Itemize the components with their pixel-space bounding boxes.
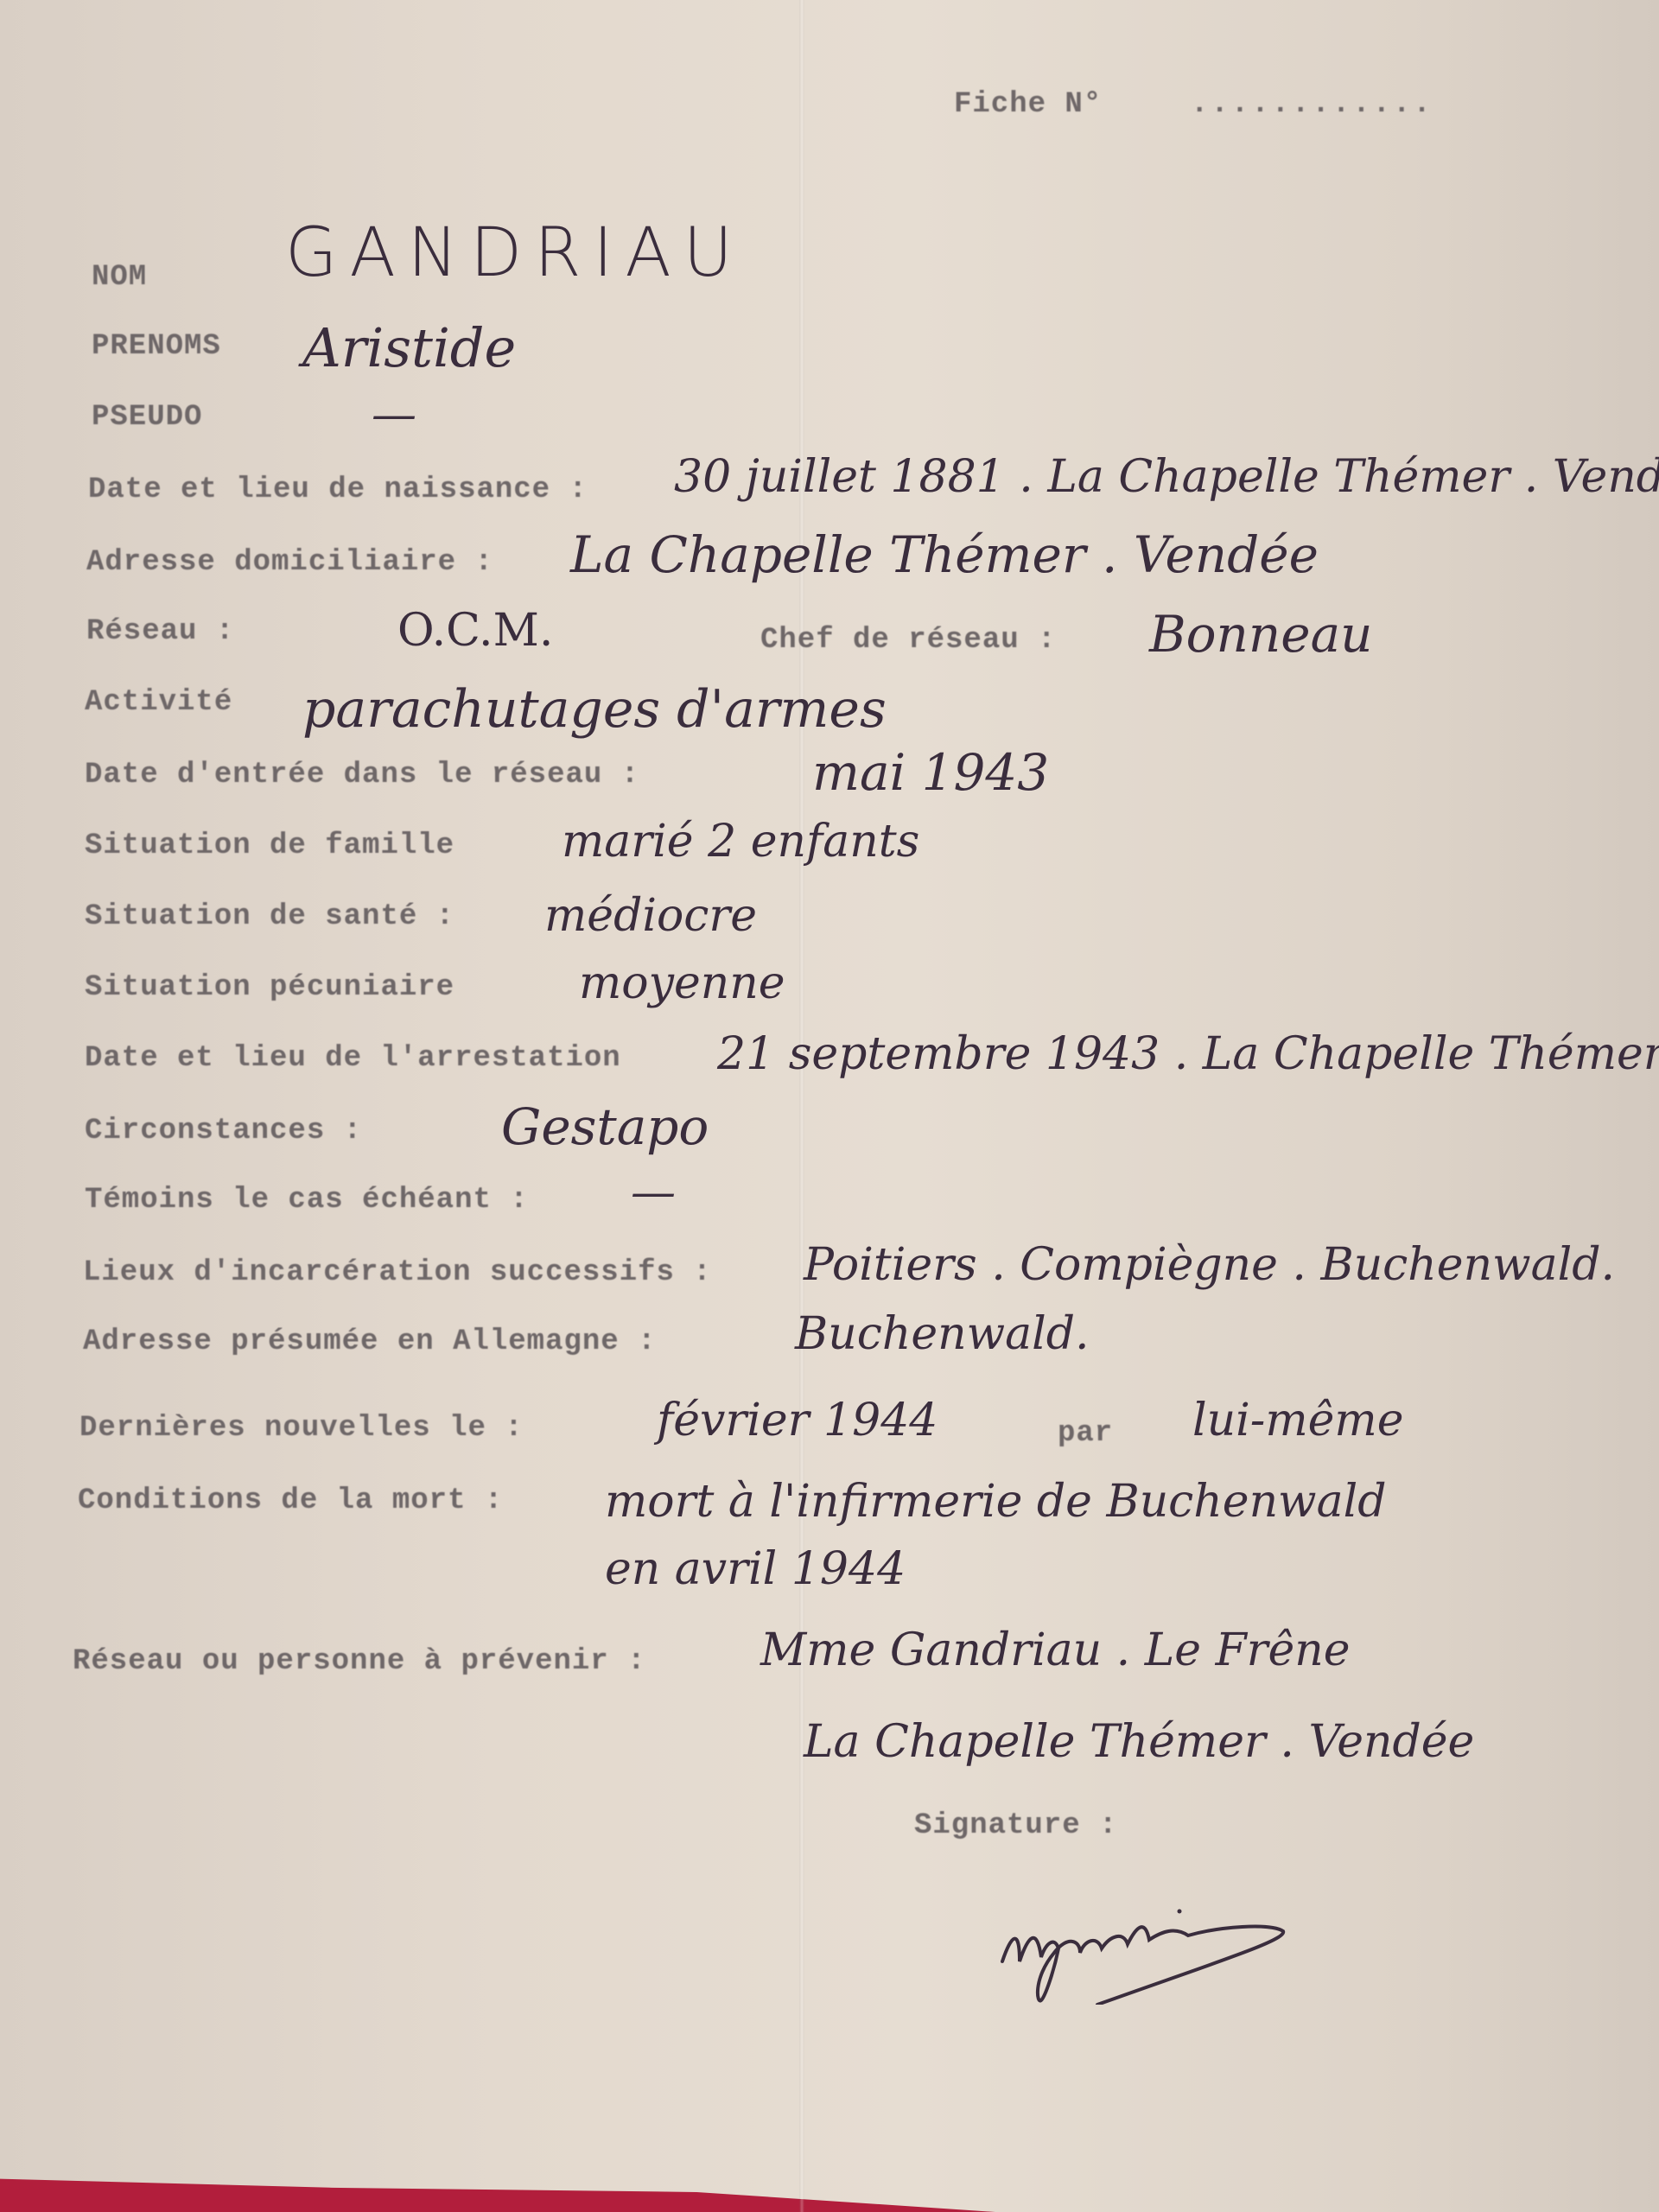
famille-label: Situation de famille: [85, 829, 454, 862]
nom-label: NOM: [92, 261, 147, 294]
signature-label: Signature :: [914, 1809, 1117, 1842]
pecuniaire-label: Situation pécuniaire: [85, 971, 454, 1004]
date-entree-label: Date d'entrée dans le réseau :: [85, 759, 639, 791]
activite-value: parachutages d'armes: [302, 679, 887, 740]
naissance-value: 30 juillet 1881 . La Chapelle Thémer . V…: [674, 451, 1659, 503]
dernieres-nouvelles-value: février 1944: [657, 1395, 938, 1446]
prevenir-label: Réseau ou personne à prévenir :: [73, 1645, 646, 1678]
par-value: lui-même: [1192, 1395, 1404, 1446]
chef-reseau-value: Bonneau: [1149, 605, 1373, 664]
incarceration-value: Poitiers . Compiègne . Buchenwald.: [804, 1239, 1615, 1291]
arrestation-label: Date et lieu de l'arrestation: [85, 1042, 621, 1075]
dernieres-nouvelles-label: Dernières nouvelles le :: [79, 1412, 524, 1445]
sante-value: médiocre: [544, 890, 757, 942]
mort-label: Conditions de la mort :: [78, 1484, 503, 1517]
chef-reseau-label: Chef de réseau :: [760, 624, 1056, 657]
date-entree-value: mai 1943: [812, 743, 1049, 802]
fiche-number: ............: [1191, 88, 1433, 121]
pseudo-label: PSEUDO: [92, 401, 202, 434]
adresse-label: Adresse domiciliaire :: [86, 546, 493, 579]
adresse-allemagne-label: Adresse présumée en Allemagne :: [83, 1325, 657, 1358]
pseudo-value: —: [372, 389, 416, 441]
document-paper: [0, 0, 1659, 2212]
prevenir-value-line1: Mme Gandriau . Le Frêne: [760, 1624, 1351, 1676]
reseau-value: O.C.M.: [397, 605, 553, 657]
activite-label: Activité: [85, 686, 232, 719]
temoins-value: —: [631, 1166, 676, 1218]
sante-label: Situation de santé :: [85, 900, 454, 933]
naissance-label: Date et lieu de naissance :: [88, 474, 588, 506]
famille-value: marié 2 enfants: [562, 816, 919, 868]
paper-fold: [799, 0, 804, 2212]
fiche-label: Fiche N°: [954, 88, 1102, 121]
adresse-allemagne-value: Buchenwald.: [795, 1308, 1090, 1360]
signature-mark: [994, 1875, 1322, 2005]
arrestation-value: 21 septembre 1943 . La Chapelle Thémer: [717, 1028, 1659, 1080]
prevenir-value-line2: La Chapelle Thémer . Vendée: [804, 1716, 1474, 1768]
adresse-value: La Chapelle Thémer . Vendée: [570, 525, 1319, 584]
nom-value: GANDRIAU: [285, 214, 745, 292]
temoins-label: Témoins le cas échéant :: [85, 1184, 529, 1217]
par-label: par: [1058, 1417, 1113, 1450]
prenoms-value: Aristide: [302, 316, 516, 379]
mort-value-line2: en avril 1944: [605, 1543, 906, 1595]
pecuniaire-value: moyenne: [579, 957, 785, 1009]
circonstances-value: Gestapo: [501, 1097, 709, 1156]
circonstances-label: Circonstances :: [85, 1115, 362, 1147]
incarceration-label: Lieux d'incarcération successifs :: [83, 1256, 712, 1289]
prenoms-label: PRENOMS: [92, 330, 221, 363]
mort-value-line1: mort à l'infirmerie de Buchenwald: [605, 1476, 1387, 1528]
reseau-label: Réseau :: [86, 615, 234, 648]
